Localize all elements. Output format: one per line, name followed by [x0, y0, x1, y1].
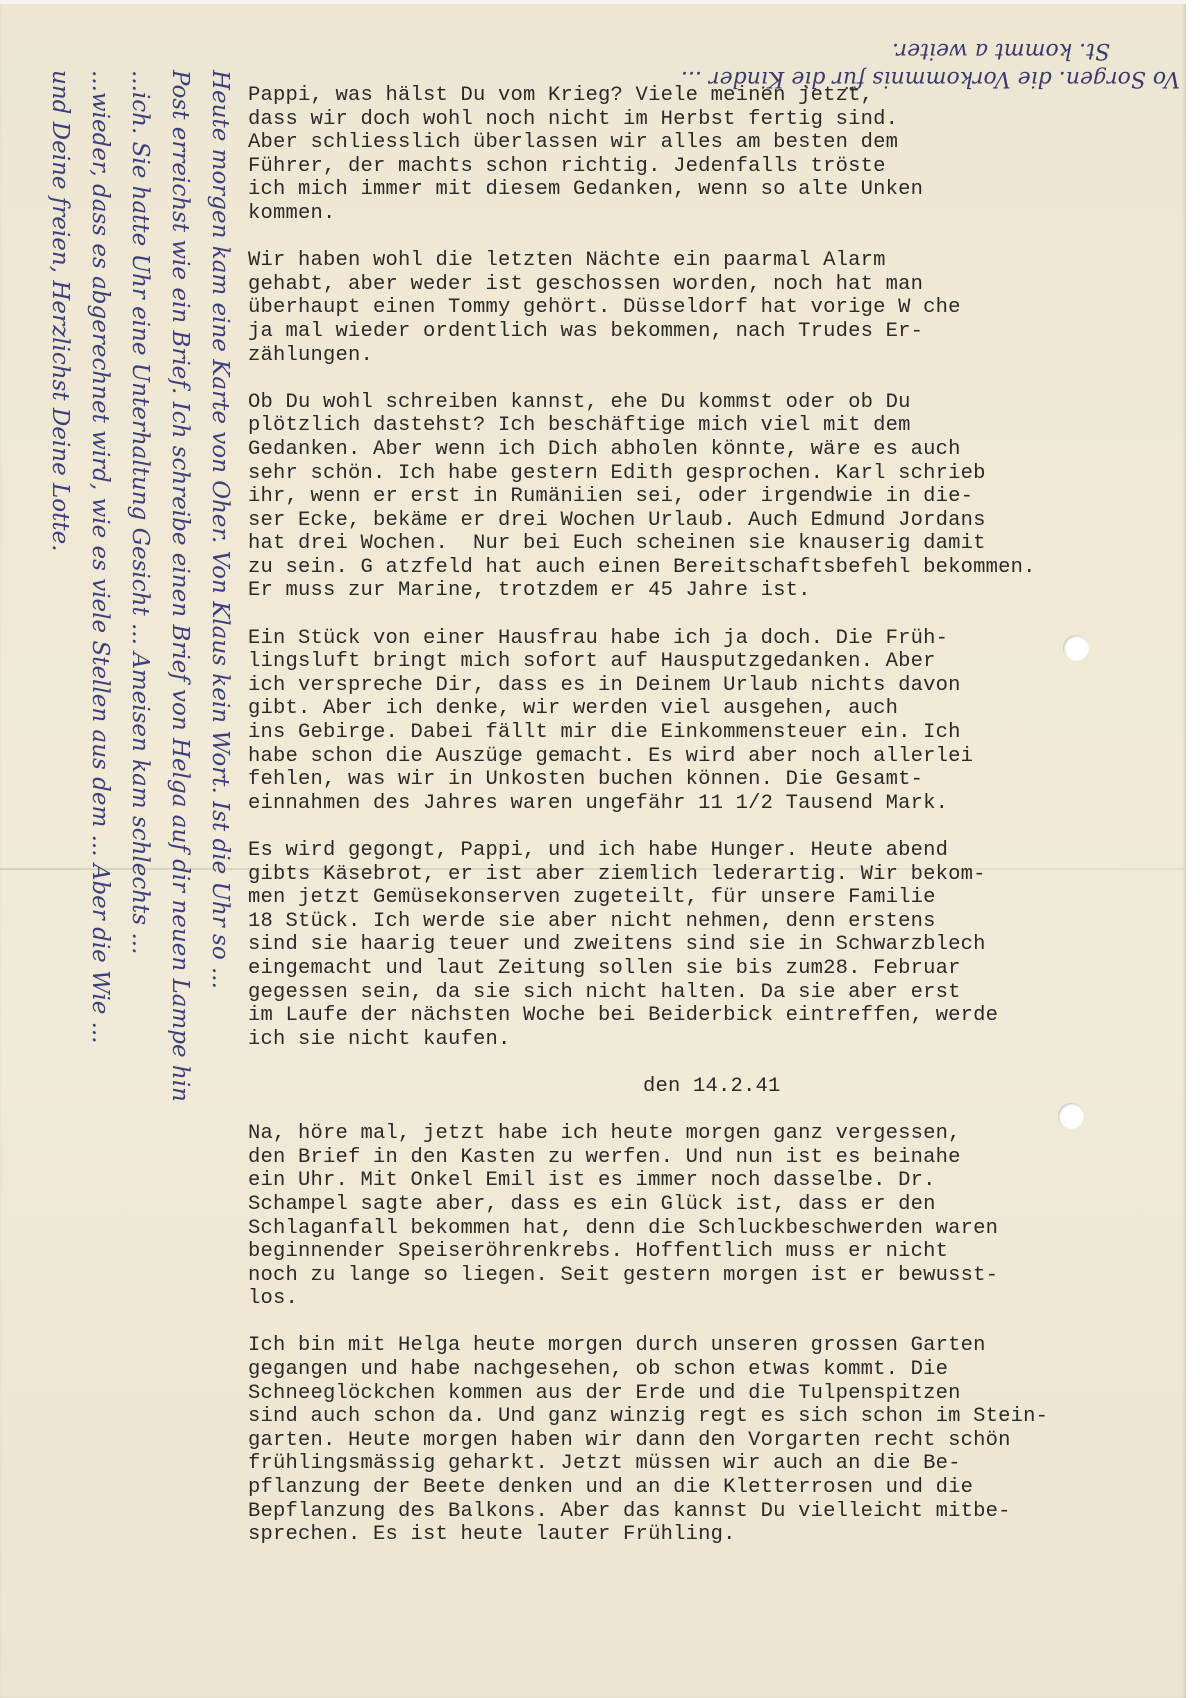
paragraph-dinner: Es wird gegongt, Pappi, und ich habe Hun… [248, 839, 1198, 1051]
text-line: plötzlich dastehst? Ich beschäftige mich… [248, 414, 1198, 438]
text-line: Gedanken. Aber wenn ich Dich abholen kön… [248, 438, 1198, 462]
text-line: Schneeglöckchen kommen aus der Erde und … [248, 1382, 1198, 1406]
text-line: hat drei Wochen. Nur bei Euch scheinen s… [248, 532, 1198, 556]
text-line: lingsluft bringt mich sofort auf Hausput… [248, 650, 1198, 674]
text-line: Wir haben wohl die letzten Nächte ein pa… [248, 249, 1198, 273]
text-line: gibt. Aber ich denke, wir werden viel au… [248, 697, 1198, 721]
handwritten-margin-line: und Deine freien, Herzlichst Deine Lotte… [40, 70, 80, 1470]
text-line: Ein Stück von einer Hausfrau habe ich ja… [248, 627, 1198, 651]
text-line: gibts Käsebrot, er ist aber ziemlich led… [248, 863, 1198, 887]
text-line: garten. Heute morgen haben wir dann den … [248, 1429, 1198, 1453]
text-line: men jetzt Gemüsekonserven zugeteilt, für… [248, 886, 1198, 910]
text-line: ser Ecke, bekäme er drei Wochen Urlaub. … [248, 509, 1198, 533]
text-line: habe schon die Auszüge gemacht. Es wird … [248, 745, 1198, 769]
text-line: gegessen sein, da sie sich nicht halten.… [248, 981, 1198, 1005]
text-line: Bepflanzung des Balkons. Aber das kannst… [248, 1500, 1198, 1524]
text-line: 18 Stück. Ich werde sie aber nicht nehme… [248, 910, 1198, 934]
text-line: Ich bin mit Helga heute morgen durch uns… [248, 1334, 1198, 1358]
text-line: Er muss zur Marine, trotzdem er 45 Jahre… [248, 579, 1198, 603]
handwritten-margin-line: Post erreichst wie ein Brief. Ich schrei… [160, 70, 200, 1470]
text-line: kommen. [248, 202, 1198, 226]
paragraph-alarm: Wir haben wohl die letzten Nächte ein pa… [248, 249, 1198, 367]
text-line: ihr, wenn er erst in Rumäniien sei, oder… [248, 485, 1198, 509]
text-line: fehlen, was wir in Unkosten buchen könne… [248, 768, 1198, 792]
text-line: ins Gebirge. Dabei fällt mir die Einkomm… [248, 721, 1198, 745]
text-line: frühlingsmässig geharkt. Jetzt müssen wi… [248, 1452, 1198, 1476]
text-line: sprechen. Es ist heute lauter Frühling. [248, 1523, 1198, 1547]
paragraph-leave: Ob Du wohl schreiben kannst, ehe Du komm… [248, 391, 1198, 603]
text-line: sehr schön. Ich habe gestern Edith gespr… [248, 462, 1198, 486]
letter-date: den 14.2.41 [248, 1075, 1198, 1099]
typewritten-body: Pappi, was hälst Du vom Krieg? Viele mei… [248, 84, 1198, 1570]
text-line: eingemacht und laut Zeitung sollen sie b… [248, 957, 1198, 981]
handwritten-margin-note: Heute morgen kam eine Karte von Oher. Vo… [40, 70, 240, 1470]
text-line: Schampel sagte aber, dass es ein Glück i… [248, 1193, 1198, 1217]
text-line: ich verspreche Dir, dass es in Deinem Ur… [248, 674, 1198, 698]
text-line: überhaupt einen Tommy gehört. Düsseldorf… [248, 296, 1198, 320]
text-line: beginnender Speiseröhrenkrebs. Hoffentli… [248, 1240, 1198, 1264]
text-line: gegangen und habe nachgesehen, ob schon … [248, 1358, 1198, 1382]
paper-top-edge [0, 0, 1186, 4]
text-line: Führer, der machts schon richtig. Jedenf… [248, 155, 1198, 179]
text-line: zu sein. G atzfeld hat auch einen Bereit… [248, 556, 1198, 580]
text-line: Na, höre mal, jetzt habe ich heute morge… [248, 1122, 1198, 1146]
text-line: gehabt, aber weder ist geschossen worden… [248, 273, 1198, 297]
handwritten-margin-line: ...ich. Sie hatte Uhr eine Unterhaltung … [120, 70, 160, 1470]
paragraph-war: Pappi, was hälst Du vom Krieg? Viele mei… [248, 84, 1198, 226]
text-line: los. [248, 1287, 1198, 1311]
paragraph-housewife: Ein Stück von einer Hausfrau habe ich ja… [248, 627, 1198, 816]
text-line: noch zu lange so liegen. Seit gestern mo… [248, 1264, 1198, 1288]
handwritten-top-line: St. kommt a weiter. [640, 36, 1180, 64]
text-line: ich mich immer mit diesem Gedanken, wenn… [248, 178, 1198, 202]
paragraph-uncle-emil: Na, höre mal, jetzt habe ich heute morge… [248, 1122, 1198, 1311]
text-line: ja mal wieder ordentlich was bekommen, n… [248, 320, 1198, 344]
text-line: Ob Du wohl schreiben kannst, ehe Du komm… [248, 391, 1198, 415]
text-line: im Laufe der nächsten Woche bei Beiderbi… [248, 1004, 1198, 1028]
text-line: Aber schliesslich überlassen wir alles a… [248, 131, 1198, 155]
text-line: ein Uhr. Mit Onkel Emil ist es immer noc… [248, 1169, 1198, 1193]
text-line: sind sie haarig teuer und zweitens sind … [248, 933, 1198, 957]
text-line: pflanzung der Beete denken und an die Kl… [248, 1476, 1198, 1500]
text-line: dass wir doch wohl noch nicht im Herbst … [248, 108, 1198, 132]
letter-paper: Vo Sorgen. die Vorkommnis für die Kinder… [0, 0, 1186, 1698]
text-line: sind auch schon da. Und ganz winzig regt… [248, 1405, 1198, 1429]
text-line: ich sie nicht kaufen. [248, 1028, 1198, 1052]
text-line: Schlaganfall bekommen hat, denn die Schl… [248, 1217, 1198, 1241]
handwritten-margin-line: Heute morgen kam eine Karte von Oher. Vo… [200, 70, 240, 1470]
text-line: zählungen. [248, 344, 1198, 368]
handwritten-top-note: Vo Sorgen. die Vorkommnis für die Kinder… [640, 12, 1180, 92]
text-line: einnahmen des Jahres waren ungefähr 11 1… [248, 792, 1198, 816]
text-line: Pappi, was hälst Du vom Krieg? Viele mei… [248, 84, 1198, 108]
handwritten-margin-line: ...wieder, dass es abgerechnet wird, wie… [80, 70, 120, 1470]
paragraph-garden: Ich bin mit Helga heute morgen durch uns… [248, 1334, 1198, 1546]
text-line: Es wird gegongt, Pappi, und ich habe Hun… [248, 839, 1198, 863]
text-line: den Brief in den Kasten zu werfen. Und n… [248, 1146, 1198, 1170]
